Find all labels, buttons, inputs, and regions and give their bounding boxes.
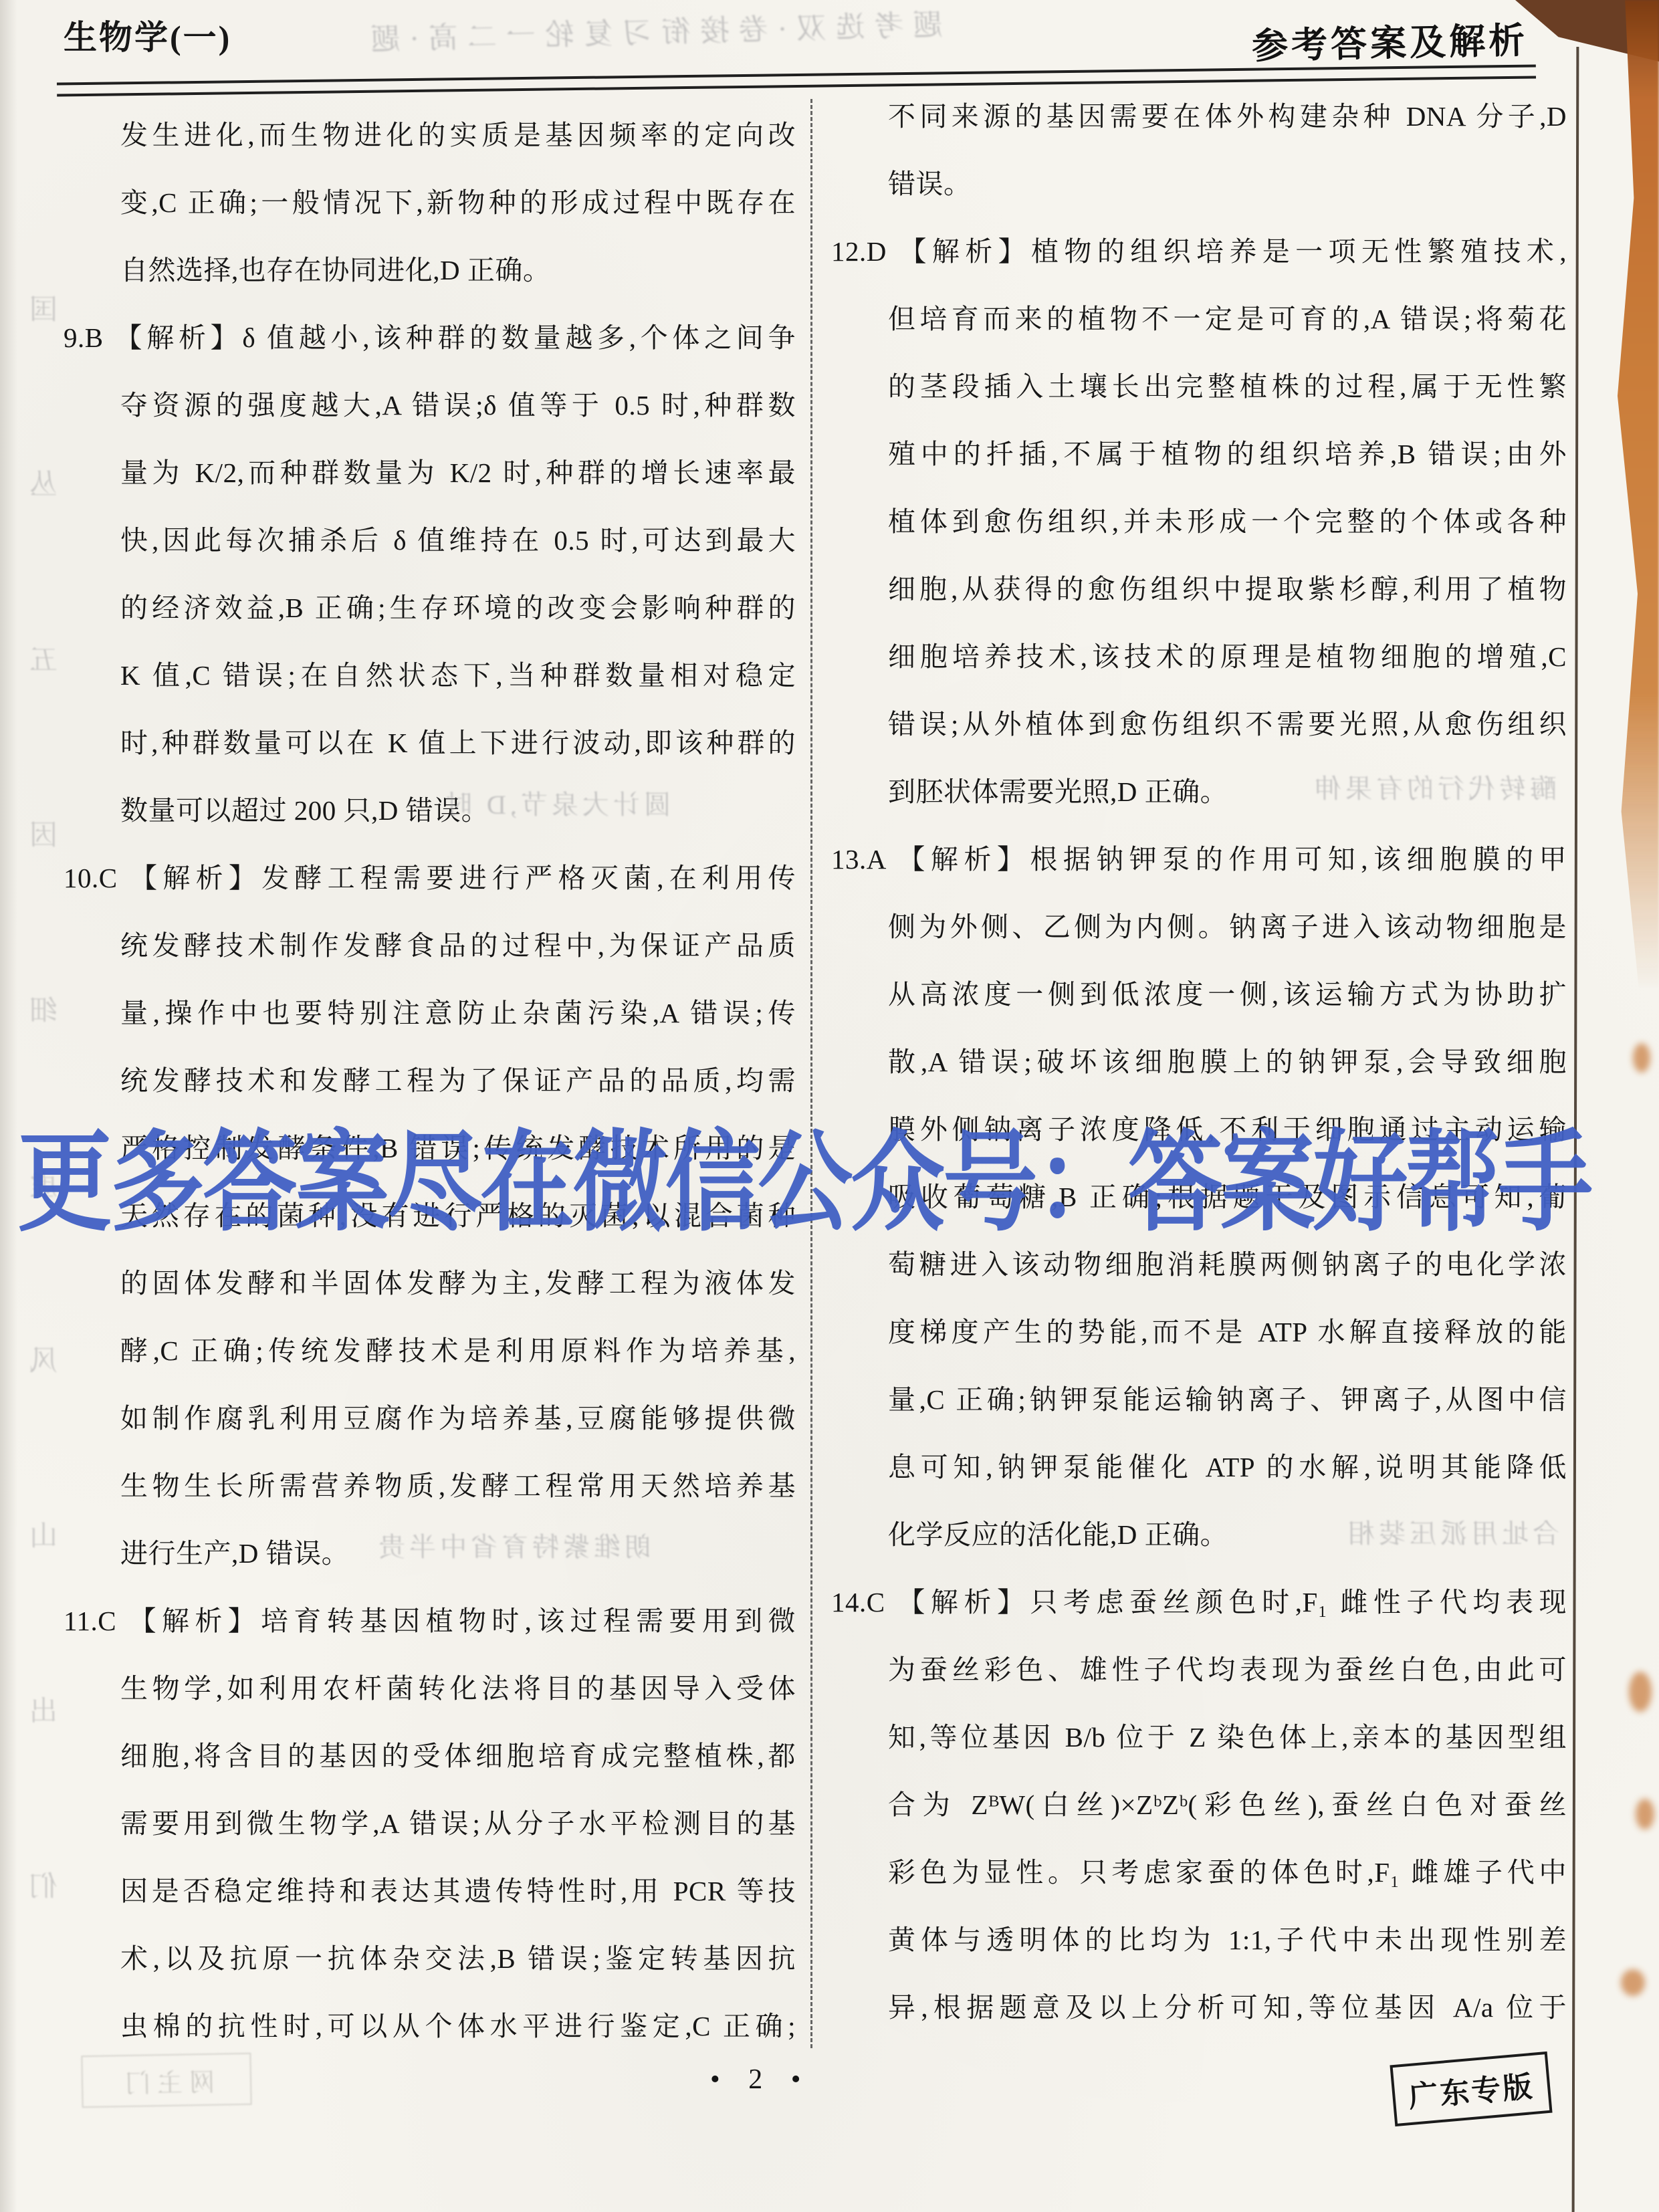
edge-speck (1633, 1043, 1650, 1073)
bleedthrough-fragment: 酶转代行的有果伸 (1311, 768, 1557, 806)
text-line: 黄体与透明体的比均为 1:1,子代中未出现性别差 (831, 1906, 1567, 1974)
column-divider-line (810, 99, 812, 2048)
edge-speck (1636, 1799, 1654, 1830)
text-line: 统发酵技术制作发酵食品的过程中,为保证产品质 (64, 912, 796, 980)
text-line: 量,C 正确;钠钾泵能运输钠离子、钾离子,从图中信 (831, 1366, 1567, 1434)
text-line: 量,操作中也要特别注意防止杂菌污染,A 错误;传 (64, 980, 796, 1047)
text-line: 细胞,从获得的愈伤组织中提取紫杉醇,利用了植物 (831, 556, 1567, 623)
text-line: 息可知,钠钾泵能催化 ATP 的水解,说明其能降低 (831, 1434, 1567, 1501)
page-subject: 生物学(一) (64, 11, 231, 59)
text-line: 山 (11, 1514, 58, 1689)
text-line: 13.A 【解析】根据钠钾泵的作用可知,该细胞膜的甲 (831, 826, 1567, 893)
text-line: 错误;从外植体到愈伤组织不需要光照,从愈伤组织 (831, 691, 1567, 758)
text-line: 植体到愈伤组织,并未形成一个完整的个体或各种 (831, 488, 1567, 556)
text-line: 11.C 【解析】培育转基因植物时,该过程需要用到微 (64, 1587, 796, 1655)
text-line: 错误。 (831, 150, 1567, 218)
text-line: 不同来源的基因需要在体外构建杂种 DNA 分子,D (831, 83, 1567, 150)
text-line: 从高浓度一侧到低浓度一侧,该运输方式为协助扩 (831, 961, 1567, 1028)
text-line: 出 (11, 1689, 58, 1864)
text-line: 异,根据题意及以上分析可知,等位基因 A/a 位于 (831, 1974, 1567, 2041)
text-line: 为蚕丝彩色、雄性子代均表现为蚕丝白色,由此可 (831, 1636, 1567, 1704)
answer-column-left: 发生进化,而生物进化的实质是基因频率的定向改变,C 正确;一般情况下,新物种的形… (64, 102, 796, 2060)
text-line: 夺资源的强度越大,A 错误;δ 值等于 0.5 时,种群数 (64, 372, 796, 439)
page-title: 参考答案及解析 (1251, 12, 1529, 70)
text-line: 时,种群数量可以在 K 值上下进行波动,即该种群的 (64, 709, 796, 777)
text-line: 自然选择,也存在协同进化,D 正确。 (64, 237, 796, 304)
scanned-answer-page: 生物学(一) 题考选双·卷接衔习复轮一二高·题 参考答案及解析 发生进化,而生物… (0, 0, 1659, 2212)
text-line: 酵,C 正确;传统发酵技术是利用原料作为培养基, (64, 1317, 796, 1385)
text-line: 术,以及抗原一抗体杂交法,B 错误;鉴定转基因抗 (64, 1925, 796, 1993)
page-number: • 2 • (710, 2064, 811, 2096)
text-line: 的茎段插入土壤长出完整植株的过程,属于无性繁 (831, 353, 1567, 421)
text-line: 风 (11, 1339, 58, 1514)
text-line: 度梯度产生的势能,而不是 ATP 水解直接释放的能 (831, 1299, 1567, 1366)
text-line: 知,等位基因 B/b 位于 Z 染色体上,亲本的基因型组 (831, 1704, 1567, 1771)
text-line: 因 (11, 813, 58, 988)
text-line: 细胞培养技术,该技术的原理是植物细胞的增殖,C (831, 623, 1567, 691)
text-line: 合为 ZᴮW(白丝)×ZᵇZᵇ(彩色丝),蚕丝白色对蚕丝 (831, 1771, 1567, 1839)
book-edge-strip (1596, 0, 1659, 990)
edge-speck (1621, 1969, 1645, 1996)
bleedthrough-box: 网主门 (81, 2053, 251, 2108)
text-line: 们 (11, 1864, 58, 2039)
text-line: 数量可以超过 200 只,D 错误。 (64, 777, 796, 845)
text-line: 殖中的扦插,不属于植物的组织培养,B 错误;由外 (831, 421, 1567, 488)
text-line: 散,A 错误;破坏该细胞膜上的钠钾泵,会导致细胞 (831, 1028, 1567, 1096)
text-line: 的固体发酵和半固体发酵为主,发酵工程为液体发 (64, 1250, 796, 1317)
text-line: 快,因此每次捕杀后 δ 值维持在 0.5 时,可达到最大 (64, 507, 796, 574)
text-line: 国 (11, 288, 58, 463)
bleedthrough-top-text: 题考选双·卷接衔习复轮一二高·题 (360, 1, 943, 59)
text-line: 彩色为显性。只考虑家蚕的体色时,F₁ 雌雄子代中 (831, 1839, 1567, 1906)
answer-column-right: 不同来源的基因需要在体外构建杂种 DNA 分子,D错误。12.D 【解析】植物的… (831, 83, 1567, 2041)
text-line: 丛 (11, 463, 58, 638)
text-line: 的经济效益,B 正确;生存环境的改变会影响种群的 (64, 574, 796, 642)
edge-speck (1629, 1672, 1652, 1712)
text-line: 12.D 【解析】植物的组织培养是一项无性繁殖技术, (831, 218, 1567, 286)
text-line: 变,C 正确;一般情况下,新物种的形成过程中既存在 (64, 169, 796, 237)
text-line: 量为 K/2,而种群数量为 K/2 时,种群的增长速率最 (64, 439, 796, 507)
watermark-text: 更多答案尽在微信公众号：答案好帮手 (17, 1094, 1591, 1252)
text-line: 9.B 【解析】δ 值越小,该种群的数量越多,个体之间争 (64, 304, 796, 372)
bleedthrough-fragment: 合址用派压装相 (1344, 1513, 1559, 1551)
text-line: 发生进化,而生物进化的实质是基因频率的定向改 (64, 102, 796, 169)
text-line: 如制作腐乳利用豆腐作为培养基,豆腐能够提供微 (64, 1385, 796, 1452)
text-line: 因是否稳定维持和表达其遗传特性时,用 PCR 等技 (64, 1858, 796, 1925)
text-line: 细胞,将含目的基因的受体细胞培育成完整植株,都 (64, 1723, 796, 1790)
bleedthrough-fragment: 朗维紫特育省中半贵 (374, 1526, 651, 1564)
text-line: 但培育而来的植物不一定是可育的,A 错误;将菊花 (831, 286, 1567, 353)
text-line: K 值,C 错误;在自然状态下,当种群数量相对稳定 (64, 642, 796, 709)
bleedthrough-fragment: 圆计大泉节,D 时 (441, 784, 671, 822)
text-line: 生物生长所需营养物质,发酵工程常用天然培养基 (64, 1452, 796, 1520)
text-line: 14.C 【解析】只考虑蚕丝颜色时,F₁ 雌性子代均表现 (831, 1569, 1567, 1636)
text-line: 10.C 【解析】发酵工程需要进行严格灭菌,在利用传 (64, 845, 796, 912)
text-line: 侧为外侧、乙侧为内侧。钠离子进入该动物细胞是 (831, 893, 1567, 961)
edition-badge: 广东专版 (1390, 2052, 1552, 2126)
text-line: 五 (11, 638, 58, 813)
text-line: 虫棉的抗性时,可以从个体水平进行鉴定,C 正确; (64, 1993, 796, 2060)
text-line: 生物学,如利用农杆菌转化法将目的基因导入受体 (64, 1655, 796, 1723)
text-line: 需要用到微生物学,A 错误;从分子水平检测目的基 (64, 1790, 796, 1858)
